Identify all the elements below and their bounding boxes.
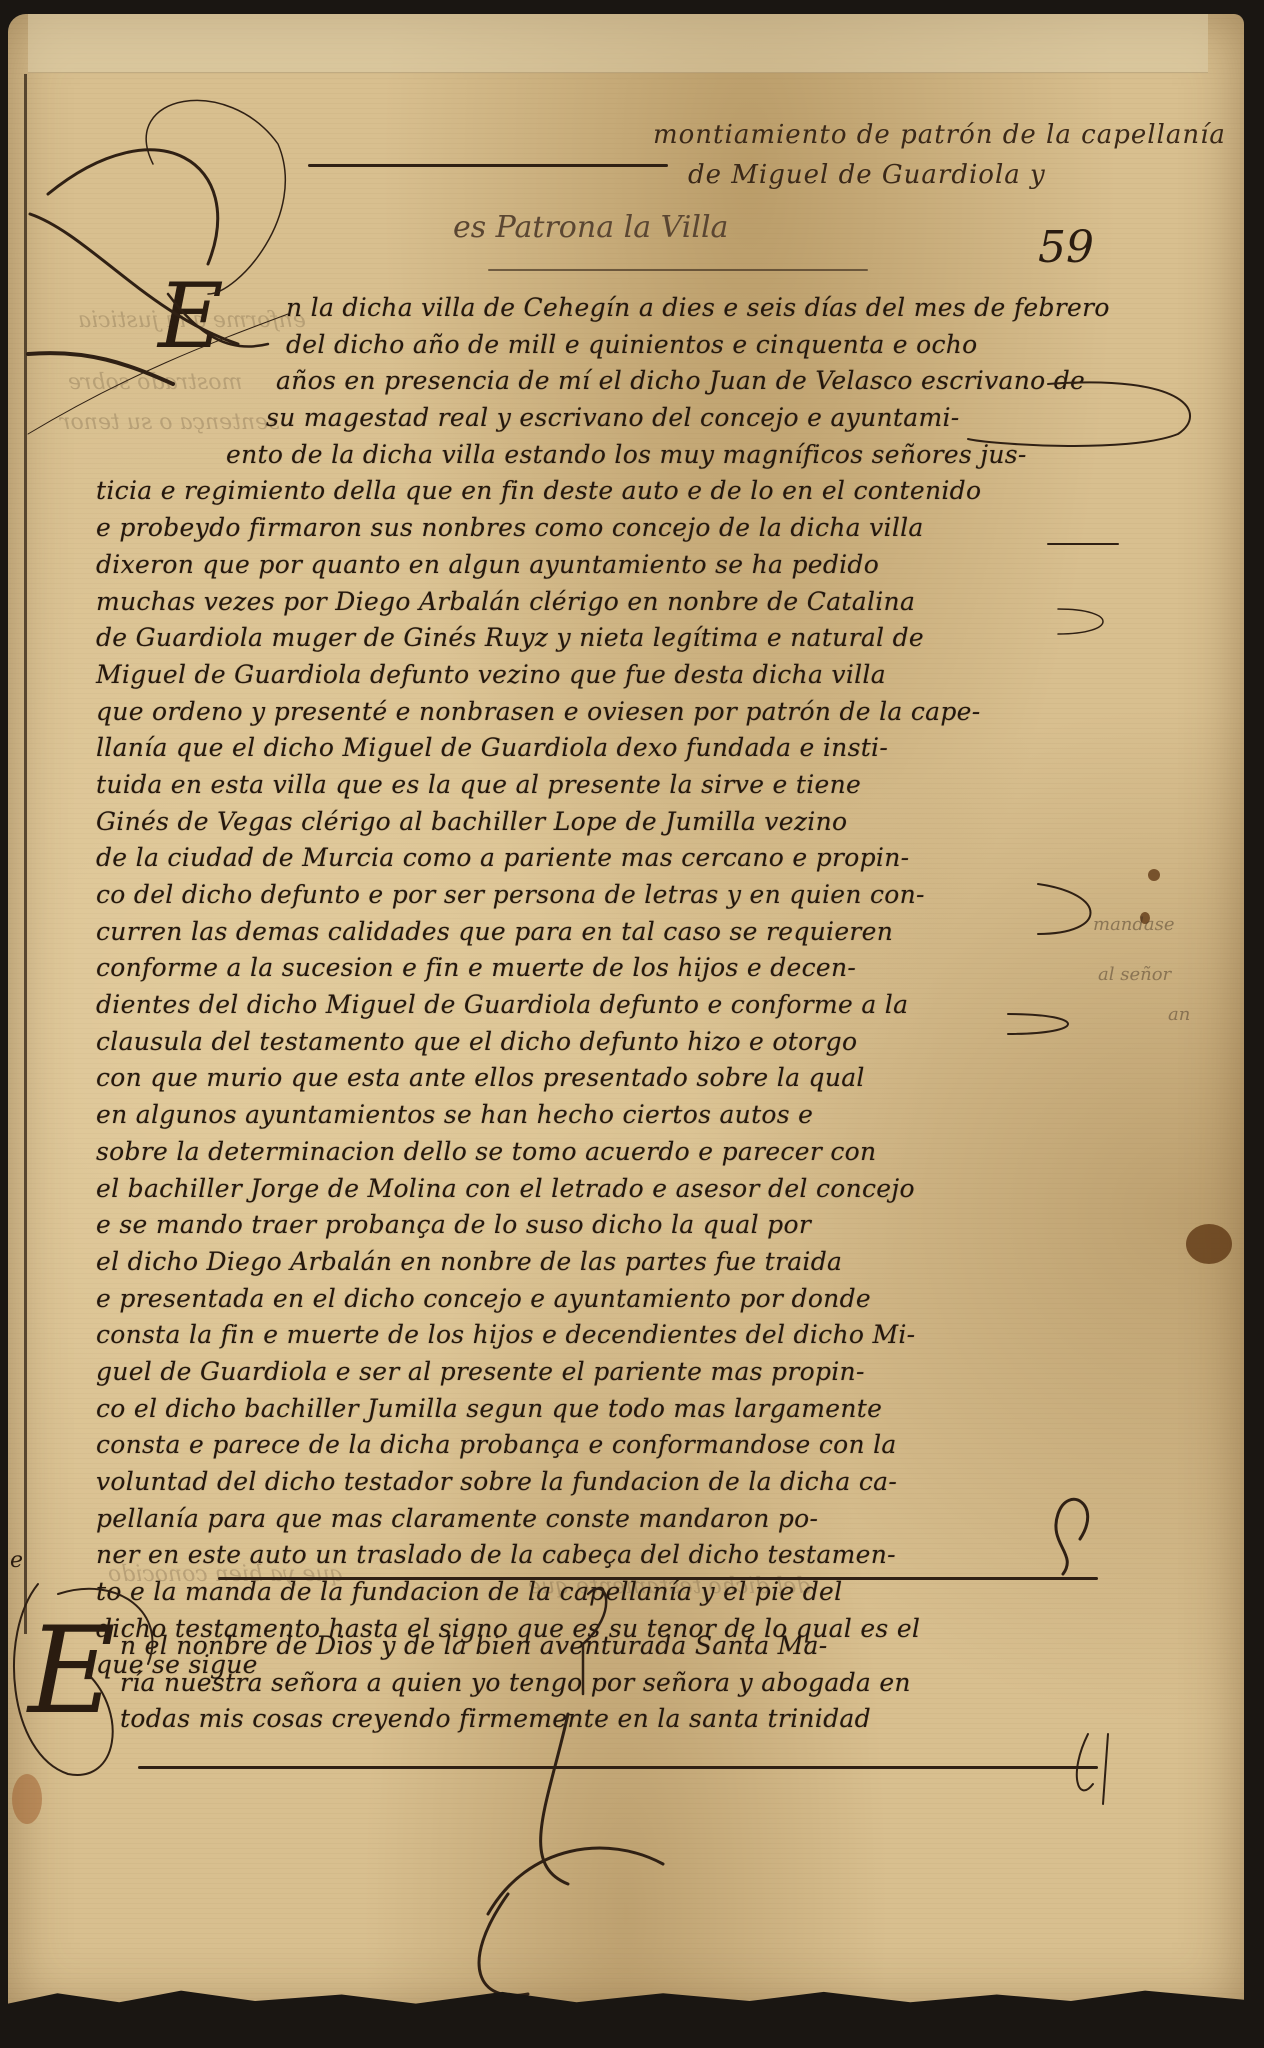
text-line: conforme a la sucesion e fin e muerte de… [96,950,1116,987]
text-line: de la ciudad de Murcia como a pariente m… [96,840,1116,877]
text-line: muchas vezes por Diego Arbalán clérigo e… [96,584,1116,621]
text-line: e probeydo firmaron sus nonbres como con… [96,510,1116,547]
ink-stain [1186,1224,1232,1264]
text-line: su magestad real y escrivano del concejo… [96,400,1116,437]
text-line: consta la fin e muerte de los hijos e de… [96,1317,1116,1354]
text-line: dixeron que por quanto en algun ayuntami… [96,547,1116,584]
title-underline [488,269,868,271]
bottom-rule [138,1766,1098,1769]
text-line: e presentada en el dicho concejo e ayunt… [96,1281,1116,1318]
text-line: con que murio que esta ante ellos presen… [96,1060,1116,1097]
text-line: Miguel de Guardiola defunto vezino que f… [96,657,1116,694]
text-line: n la dicha villa de Cehegín a dies e sei… [96,290,1116,327]
text-line: ner en este auto un traslado de la cabeç… [96,1537,1116,1574]
text-line: voluntad del dicho testador sobre la fun… [96,1464,1116,1501]
text-line: dientes del dicho Miguel de Guardiola de… [96,987,1116,1024]
invocation-line: todas mis cosas creyendo firmemente en l… [120,1701,1120,1738]
text-line: tuida en esta villa que es la que al pre… [96,767,1116,804]
text-line: curren las demas calidades que para en t… [96,914,1116,951]
header-title: es Patrona la Villa [453,210,728,245]
page-top-edge [28,14,1208,73]
text-line: sobre la determinacion dello se tomo acu… [96,1134,1116,1171]
text-line: de Guardiola muger de Ginés Ruyz y nieta… [96,620,1116,657]
manuscript-page: enforme a la justicia mostrado sobre sen… [8,14,1244,2014]
text-line: ento de la dicha villa estando los muy m… [96,437,1116,474]
section-end-rule [218,1577,1098,1580]
right-margin-note: al señor [1098,964,1171,985]
text-line: Ginés de Vegas clérigo al bachiller Lope… [96,804,1116,841]
text-line: guel de Guardiola e ser al presente el p… [96,1354,1116,1391]
invocation-line: n el nonbre de Dios y de la bien aventur… [120,1628,1120,1665]
header-note-line-1: montiamiento de patrón de la capellanía [653,120,1226,150]
header-rule [308,164,668,167]
text-line: en algunos ayuntamientos se han hecho ci… [96,1097,1116,1134]
header-note-line-2: de Miguel de Guardiola y [688,160,1046,190]
text-line: clausula del testamento que el dicho def… [96,1024,1116,1061]
text-line: consta e parece de la dicha probança e c… [96,1427,1116,1464]
main-text-block: n la dicha villa de Cehegín a dies e sei… [96,290,1116,1684]
folio-number: 59 [1038,222,1094,273]
ink-stain [1148,869,1160,881]
invocation-initial: E [28,1602,116,1741]
text-line: del dicho año de mill e quinientos e cin… [96,327,1116,364]
left-margin-note: e [10,1548,23,1573]
text-line: el dicho Diego Arbalán en nonbre de las … [96,1244,1116,1281]
right-margin-note: mandase [1093,914,1175,935]
text-line: co del dicho defunto e por ser persona d… [96,877,1116,914]
text-line: co el dicho bachiller Jumilla segun que … [96,1391,1116,1428]
invocation-line: ría nuestra señora a quien yo tengo por … [120,1665,1120,1702]
invocation-text-block: n el nonbre de Dios y de la bien aventur… [120,1628,1120,1738]
text-line: ticia e regimiento della que en fin dest… [96,473,1116,510]
text-line: que ordeno y presenté e nonbrasen e ovie… [96,694,1116,731]
right-margin-note: an [1168,1004,1190,1025]
text-line: pellanía para que mas claramente conste … [96,1501,1116,1538]
torn-bottom-edge [8,1988,1244,2014]
text-line: el bachiller Jorge de Molina con el letr… [96,1171,1116,1208]
binding-margin-line [24,74,27,1634]
water-stain [12,1774,42,1824]
text-line: e se mando traer probança de lo suso dic… [96,1207,1116,1244]
text-line: años en presencia de mí el dicho Juan de… [96,363,1116,400]
text-line: llanía que el dicho Miguel de Guardiola … [96,730,1116,767]
